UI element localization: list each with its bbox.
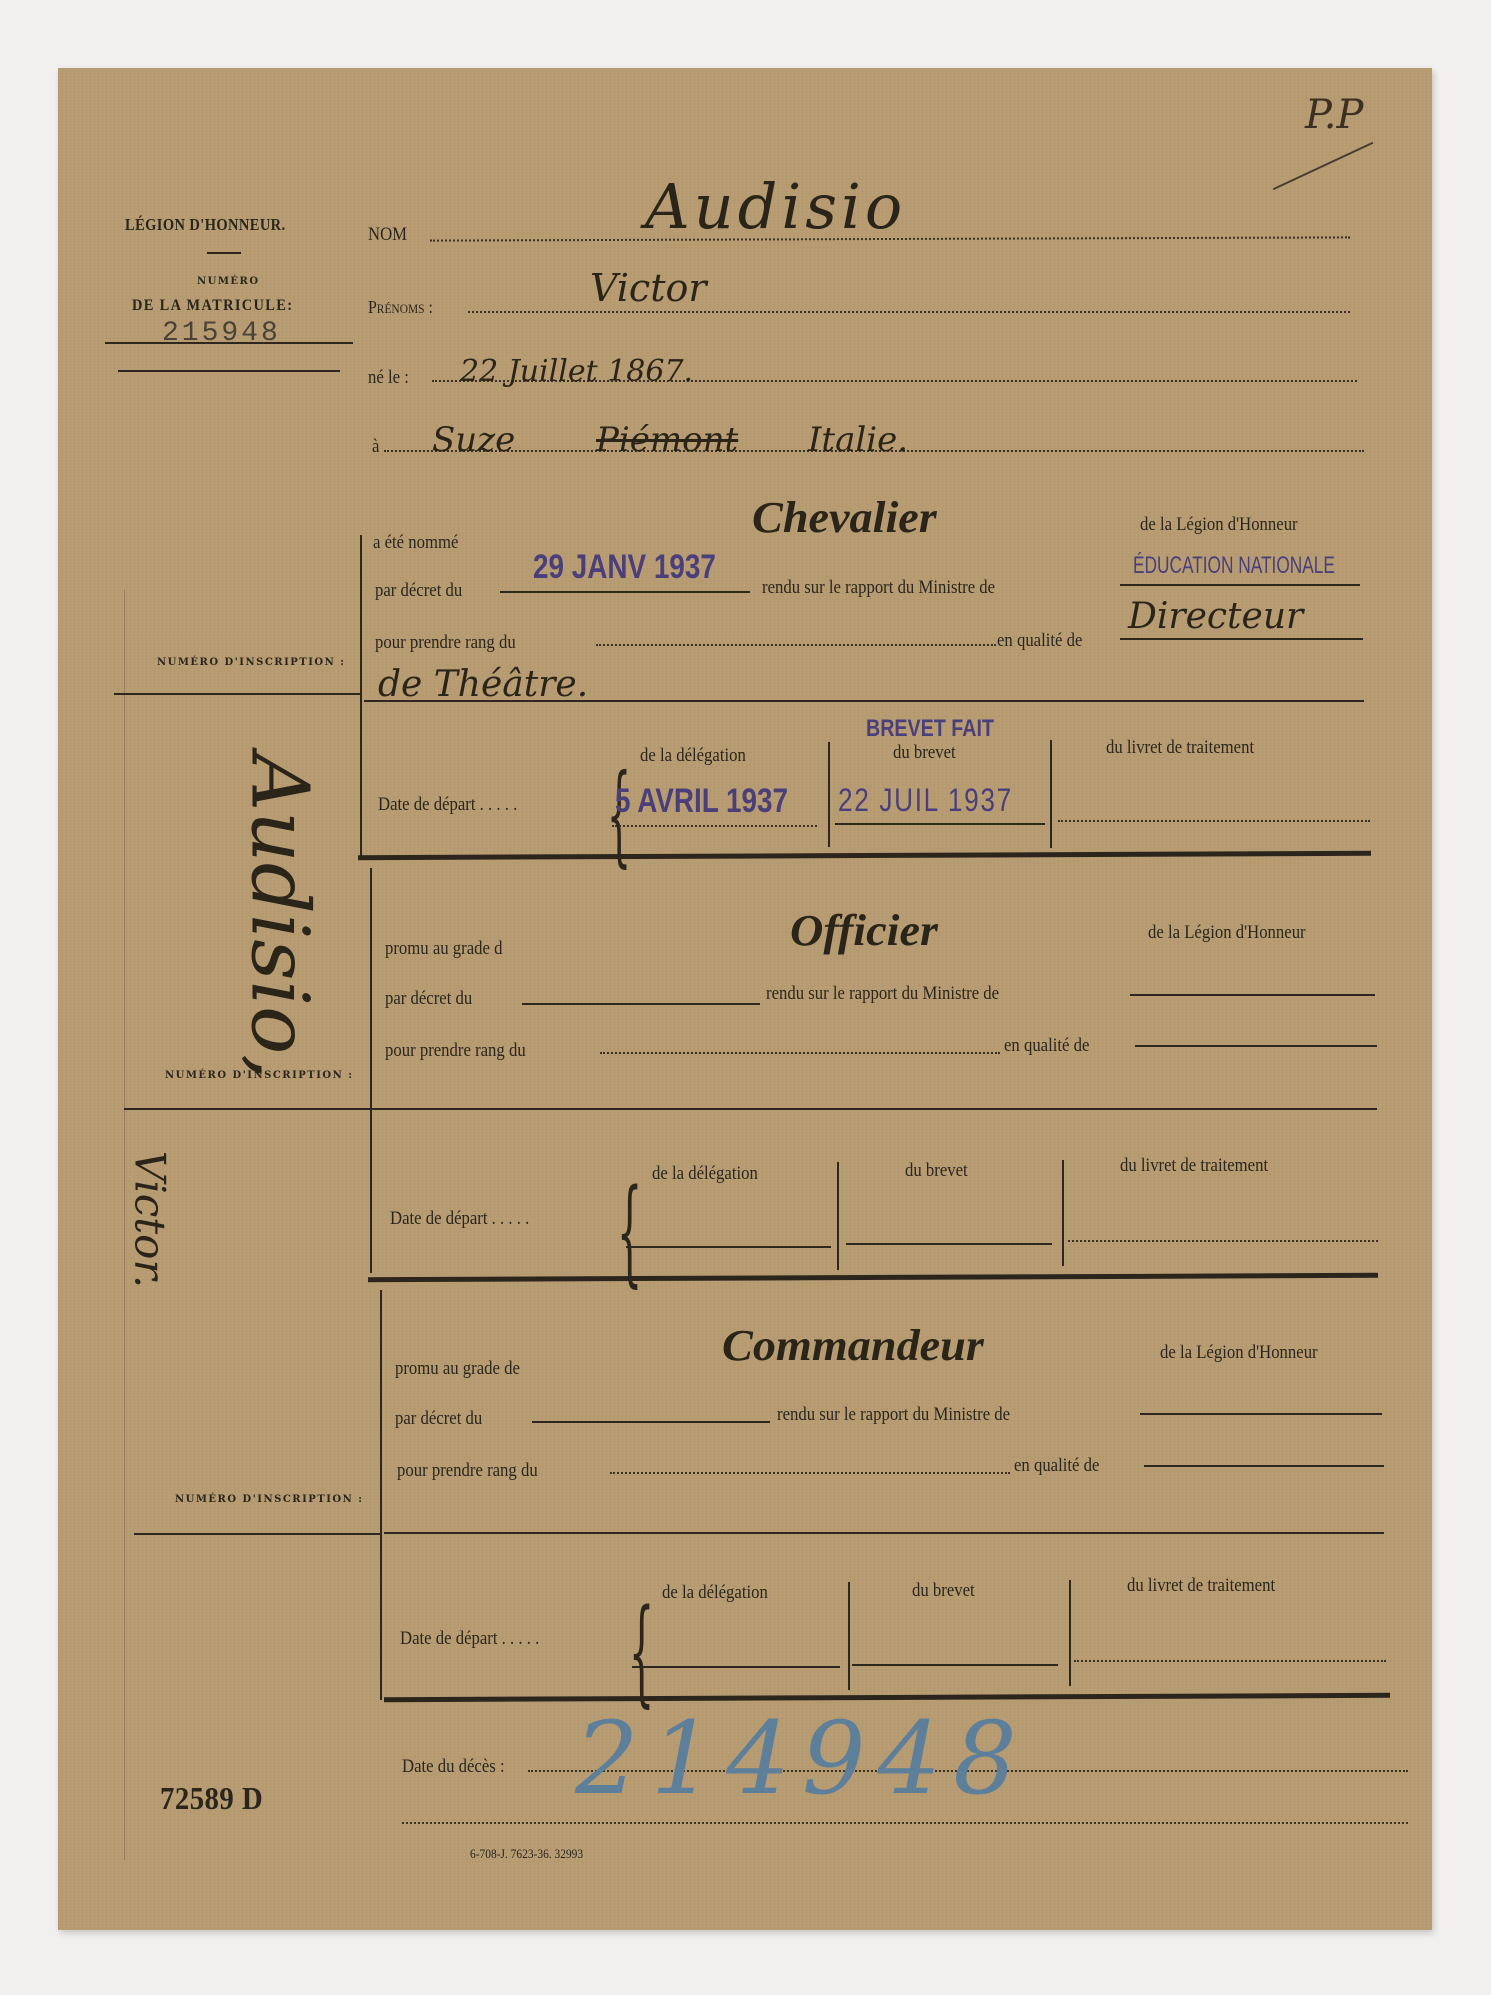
matricule-value: 215948 bbox=[162, 318, 281, 349]
section1-decret-line bbox=[500, 591, 750, 593]
printer-code: 6-708-J. 7623-36. 32993 bbox=[470, 1846, 583, 1862]
section3-suffix: de la Légion d'Honneur bbox=[1160, 1342, 1318, 1364]
section1-bracket bbox=[360, 535, 362, 860]
section1-ministre-line bbox=[1120, 584, 1360, 586]
matricule-strike bbox=[105, 342, 353, 344]
legion-header: LÉGION D'HONNEUR. bbox=[125, 215, 286, 235]
nom-value: Audisio bbox=[645, 170, 906, 243]
section1-qualite-label: en qualité de bbox=[997, 630, 1082, 652]
inscription-rule-3 bbox=[134, 1533, 380, 1535]
matricule-label-1: NUMÉRO bbox=[197, 276, 260, 287]
section3-grade: Commandeur bbox=[722, 1320, 984, 1371]
section1-rang-line bbox=[596, 644, 996, 646]
section1-ministre-stamp: ÉDUCATION NATIONALE bbox=[1133, 552, 1335, 580]
section1-qualite-line bbox=[1120, 638, 1363, 640]
inscription-label-2: NUMÉRO D'INSCRIPTION : bbox=[165, 1070, 353, 1081]
section3-qualite-label: en qualité de bbox=[1014, 1455, 1099, 1477]
matricule-label-2: DE LA MATRICULE: bbox=[132, 297, 293, 315]
section3-depart-label: Date de départ . . . . . bbox=[400, 1628, 539, 1650]
section1-brevet-stamp: 22 JUIL 1937 bbox=[838, 782, 1013, 819]
section1-decret-label: par décret du bbox=[375, 580, 462, 602]
section1-col-livret: du livret de traitement bbox=[1106, 737, 1254, 759]
section3-col-brevet: du brevet bbox=[912, 1580, 975, 1602]
section2-ministre-line bbox=[1130, 994, 1375, 996]
header-divider bbox=[207, 252, 241, 254]
lieu-label: à bbox=[372, 436, 379, 458]
section1-col-divider-2 bbox=[1050, 740, 1052, 848]
section1-livret-line bbox=[1058, 820, 1370, 822]
nom-label: NOM bbox=[368, 224, 407, 246]
matricule-underline bbox=[118, 370, 340, 372]
section2-delegation-line bbox=[626, 1246, 831, 1248]
lieu-city: Suze bbox=[432, 420, 515, 460]
section3-rang-line bbox=[610, 1472, 1010, 1474]
section2-col-divider-2 bbox=[1062, 1160, 1064, 1266]
section1-qualite-value: Directeur bbox=[1128, 596, 1303, 637]
lieu-region: Piémont bbox=[596, 420, 738, 460]
section1-delegation-line bbox=[612, 825, 817, 827]
inscription-rule-1 bbox=[114, 693, 360, 695]
section2-livret-line bbox=[1068, 1240, 1378, 1242]
section1-col-brevet: du brevet bbox=[893, 742, 956, 764]
section3-col-divider-2 bbox=[1069, 1580, 1071, 1686]
section2-qualite-cont-line bbox=[372, 1108, 1377, 1110]
inscription-label-3: NUMÉRO D'INSCRIPTION : bbox=[175, 1494, 363, 1505]
deces-line-2 bbox=[402, 1822, 1408, 1824]
vertical-firstname: Victor. bbox=[126, 1150, 175, 1290]
section3-livret-line bbox=[1074, 1660, 1386, 1662]
section3-qualite-cont-line bbox=[384, 1532, 1384, 1534]
inscription-rule-2 bbox=[124, 1108, 370, 1110]
section2-decret-line bbox=[522, 1003, 760, 1005]
inscription-label-1: NUMÉRO D'INSCRIPTION : bbox=[157, 657, 345, 668]
section1-col-divider-1 bbox=[828, 742, 830, 847]
section2-qualite-label: en qualité de bbox=[1004, 1035, 1089, 1057]
vertical-surname: Audisio, bbox=[234, 727, 327, 1107]
section1-depart-label: Date de départ . . . . . bbox=[378, 794, 517, 816]
section2-suffix: de la Légion d'Honneur bbox=[1148, 922, 1306, 944]
section2-intro: promu au grade d bbox=[385, 938, 502, 960]
file-number: 72589 D bbox=[160, 1780, 263, 1817]
prenoms-label: Prénoms : bbox=[368, 297, 433, 318]
section3-intro: promu au grade de bbox=[395, 1358, 520, 1380]
section2-brevet-line bbox=[846, 1243, 1052, 1245]
section3-rapport-label: rendu sur le rapport du Ministre de bbox=[777, 1404, 1010, 1426]
ne-le-value: 22 Juillet 1867. bbox=[460, 354, 693, 389]
section3-brevet-line bbox=[852, 1664, 1058, 1666]
section1-col-delegation: de la délégation bbox=[640, 745, 746, 767]
section2-decret-label: par décret du bbox=[385, 988, 472, 1010]
section2-rapport-label: rendu sur le rapport du Ministre de bbox=[766, 983, 999, 1005]
prenoms-line bbox=[468, 311, 1350, 313]
section2-rang-label: pour prendre rang du bbox=[385, 1040, 526, 1062]
lieu-country: Italie. bbox=[808, 420, 908, 460]
section1-grade: Chevalier bbox=[752, 492, 937, 543]
ne-le-label: né le : bbox=[368, 367, 409, 389]
section3-rang-label: pour prendre rang du bbox=[397, 1460, 538, 1482]
section3-bracket bbox=[380, 1290, 382, 1700]
section3-col-livret: du livret de traitement bbox=[1127, 1575, 1275, 1597]
deces-pencil-number: 214948 bbox=[575, 1700, 1029, 1817]
section2-col-delegation: de la délégation bbox=[652, 1163, 758, 1185]
corner-annotation: P.P bbox=[1305, 92, 1363, 138]
prenoms-value: Victor bbox=[590, 266, 707, 310]
section2-qualite-line bbox=[1135, 1045, 1377, 1047]
section3-delegation-line bbox=[632, 1666, 840, 1668]
section1-qualite-cont: de Théâtre. bbox=[378, 664, 588, 705]
section1-delegation-stamp: 5 AVRIL 1937 bbox=[615, 782, 788, 821]
section1-rang-label: pour prendre rang du bbox=[375, 632, 516, 654]
section1-brevet-line bbox=[835, 823, 1045, 825]
section3-ministre-line bbox=[1140, 1413, 1382, 1415]
section1-suffix: de la Légion d'Honneur bbox=[1140, 514, 1298, 536]
section3-col-divider-1 bbox=[848, 1582, 850, 1690]
section1-decret-stamp: 29 JANV 1937 bbox=[533, 548, 716, 587]
section2-depart-label: Date de départ . . . . . bbox=[390, 1208, 529, 1230]
section1-brevet-fait-stamp: BREVET FAIT bbox=[866, 715, 994, 743]
section3-decret-line bbox=[532, 1421, 770, 1423]
section2-col-brevet: du brevet bbox=[905, 1160, 968, 1182]
section1-rapport-label: rendu sur le rapport du Ministre de bbox=[762, 577, 995, 599]
section3-col-delegation: de la délégation bbox=[662, 1582, 768, 1604]
section2-grade: Officier bbox=[790, 905, 938, 956]
section2-col-divider-1 bbox=[837, 1162, 839, 1270]
deces-label: Date du décès : bbox=[402, 1756, 505, 1778]
section2-bracket bbox=[370, 868, 372, 1273]
section3-decret-label: par décret du bbox=[395, 1408, 482, 1430]
section2-rang-line bbox=[600, 1052, 1000, 1054]
section3-qualite-line bbox=[1144, 1465, 1384, 1467]
section2-col-livret: du livret de traitement bbox=[1120, 1155, 1268, 1177]
section1-intro: a été nommé bbox=[373, 532, 458, 554]
